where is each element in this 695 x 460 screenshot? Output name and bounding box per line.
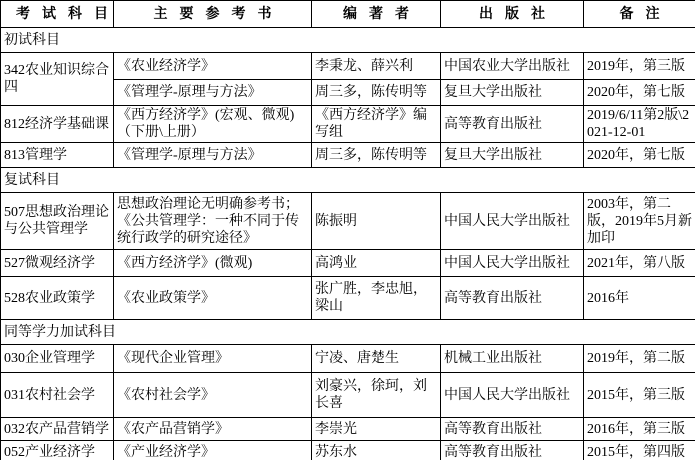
subject-cell: 032农产品营销学 bbox=[1, 418, 114, 441]
book-cell: 《管理学-原理与方法》 bbox=[114, 80, 312, 106]
table-row: 032农产品营销学 《农产品营销学》 李崇光 高等教育出版社 2016年，第三版 bbox=[1, 418, 695, 441]
book-cell: 思想政治理论无明确参考书；《公共管理学：一种不同于传统行政学的研究途径》 bbox=[114, 193, 312, 250]
subject-cell: 030企业管理学 bbox=[1, 345, 114, 373]
col-header-note: 备注 bbox=[584, 1, 695, 28]
table-row: 342农业知识综合四 《农业经济学》 李秉龙、薛兴利 中国农业大学出版社 201… bbox=[1, 53, 695, 80]
table-row: 031农村社会学 《农村社会学》 刘豪兴，徐珂，刘长喜 中国人民大学出版社 20… bbox=[1, 373, 695, 418]
authors-cell: 李崇光 bbox=[312, 418, 441, 441]
publisher-cell: 高等教育出版社 bbox=[441, 277, 584, 320]
publisher-cell: 中国人民大学出版社 bbox=[441, 373, 584, 418]
reference-books-table: 考试科目 主要参考书 编著者 出版社 备注 初试科目 342农业知识综合四 《农… bbox=[0, 0, 695, 460]
book-cell: 《农业政策学》 bbox=[114, 277, 312, 320]
subject-cell: 528农业政策学 bbox=[1, 277, 114, 320]
subject-cell: 052产业经济学 bbox=[1, 441, 114, 460]
col-header-subject: 考试科目 bbox=[1, 1, 114, 28]
note-cell: 2019/6/11第2版\2021-12-01 bbox=[584, 106, 695, 143]
note-cell: 2020年，第七版 bbox=[584, 143, 695, 168]
subject-cell: 813管理学 bbox=[1, 143, 114, 168]
authors-cell: 李秉龙、薛兴利 bbox=[312, 53, 441, 80]
subject-cell: 527微观经济学 bbox=[1, 250, 114, 277]
table-row: 052产业经济学 《产业经济学》 苏东水 高等教育出版社 2015年，第四版 bbox=[1, 441, 695, 460]
authors-cell: 刘豪兴，徐珂，刘长喜 bbox=[312, 373, 441, 418]
col-header-publisher: 出版社 bbox=[441, 1, 584, 28]
publisher-cell: 中国人民大学出版社 bbox=[441, 193, 584, 250]
publisher-cell: 复旦大学出版社 bbox=[441, 143, 584, 168]
note-cell: 2016年 bbox=[584, 277, 695, 320]
note-cell: 2019年，第二版 bbox=[584, 345, 695, 373]
authors-cell: 高鸿业 bbox=[312, 250, 441, 277]
note-cell: 2020年，第七版 bbox=[584, 80, 695, 106]
book-cell: 《西方经济学》(微观) bbox=[114, 250, 312, 277]
table-row: 813管理学 《管理学-原理与方法》 周三多，陈传明等 复旦大学出版社 2020… bbox=[1, 143, 695, 168]
book-cell: 《农业经济学》 bbox=[114, 53, 312, 80]
section-title-initial-exam: 初试科目 bbox=[1, 28, 695, 53]
table-row: 812经济学基础课 《西方经济学》(宏观、微观)（下册\上册） 《西方经济学》编… bbox=[1, 106, 695, 143]
table-row: 528农业政策学 《农业政策学》 张广胜，李忠旭，梁山 高等教育出版社 2016… bbox=[1, 277, 695, 320]
note-cell: 2019年，第三版 bbox=[584, 53, 695, 80]
book-cell: 《产业经济学》 bbox=[114, 441, 312, 460]
authors-cell: 张广胜，李忠旭，梁山 bbox=[312, 277, 441, 320]
book-cell: 《西方经济学》(宏观、微观)（下册\上册） bbox=[114, 106, 312, 143]
note-cell: 2021年，第八版 bbox=[584, 250, 695, 277]
note-cell: 2015年，第三版 bbox=[584, 373, 695, 418]
subject-cell: 812经济学基础课 bbox=[1, 106, 114, 143]
table-row: 507思想政治理论与公共管理学 思想政治理论无明确参考书；《公共管理学：一种不同… bbox=[1, 193, 695, 250]
table-header-row: 考试科目 主要参考书 编著者 出版社 备注 bbox=[1, 1, 695, 28]
table-row: 527微观经济学 《西方经济学》(微观) 高鸿业 中国人民大学出版社 2021年… bbox=[1, 250, 695, 277]
publisher-cell: 复旦大学出版社 bbox=[441, 80, 584, 106]
authors-cell: 宁凌、唐楚生 bbox=[312, 345, 441, 373]
section-row: 同等学力加试科目 bbox=[1, 320, 695, 345]
subject-cell: 342农业知识综合四 bbox=[1, 53, 114, 106]
col-header-authors: 编著者 bbox=[312, 1, 441, 28]
publisher-cell: 机械工业出版社 bbox=[441, 345, 584, 373]
book-cell: 《农村社会学》 bbox=[114, 373, 312, 418]
section-title-equivalent-level: 同等学力加试科目 bbox=[1, 320, 695, 345]
subject-cell: 031农村社会学 bbox=[1, 373, 114, 418]
document-page: 考试科目 主要参考书 编著者 出版社 备注 初试科目 342农业知识综合四 《农… bbox=[0, 0, 695, 460]
note-cell: 2003年，第二版，2019年5月新加印 bbox=[584, 193, 695, 250]
publisher-cell: 中国人民大学出版社 bbox=[441, 250, 584, 277]
authors-cell: 陈振明 bbox=[312, 193, 441, 250]
table-row: 030企业管理学 《现代企业管理》 宁凌、唐楚生 机械工业出版社 2019年，第… bbox=[1, 345, 695, 373]
publisher-cell: 高等教育出版社 bbox=[441, 418, 584, 441]
section-row: 复试科目 bbox=[1, 168, 695, 193]
publisher-cell: 高等教育出版社 bbox=[441, 106, 584, 143]
section-row: 初试科目 bbox=[1, 28, 695, 53]
authors-cell: 周三多，陈传明等 bbox=[312, 143, 441, 168]
col-header-book: 主要参考书 bbox=[114, 1, 312, 28]
authors-cell: 苏东水 bbox=[312, 441, 441, 460]
authors-cell: 《西方经济学》编写组 bbox=[312, 106, 441, 143]
note-cell: 2016年，第三版 bbox=[584, 418, 695, 441]
subject-cell: 507思想政治理论与公共管理学 bbox=[1, 193, 114, 250]
publisher-cell: 中国农业大学出版社 bbox=[441, 53, 584, 80]
publisher-cell: 高等教育出版社 bbox=[441, 441, 584, 460]
authors-cell: 周三多，陈传明等 bbox=[312, 80, 441, 106]
note-cell: 2015年，第四版 bbox=[584, 441, 695, 460]
book-cell: 《农产品营销学》 bbox=[114, 418, 312, 441]
book-cell: 《管理学-原理与方法》 bbox=[114, 143, 312, 168]
section-title-retest: 复试科目 bbox=[1, 168, 695, 193]
book-cell: 《现代企业管理》 bbox=[114, 345, 312, 373]
